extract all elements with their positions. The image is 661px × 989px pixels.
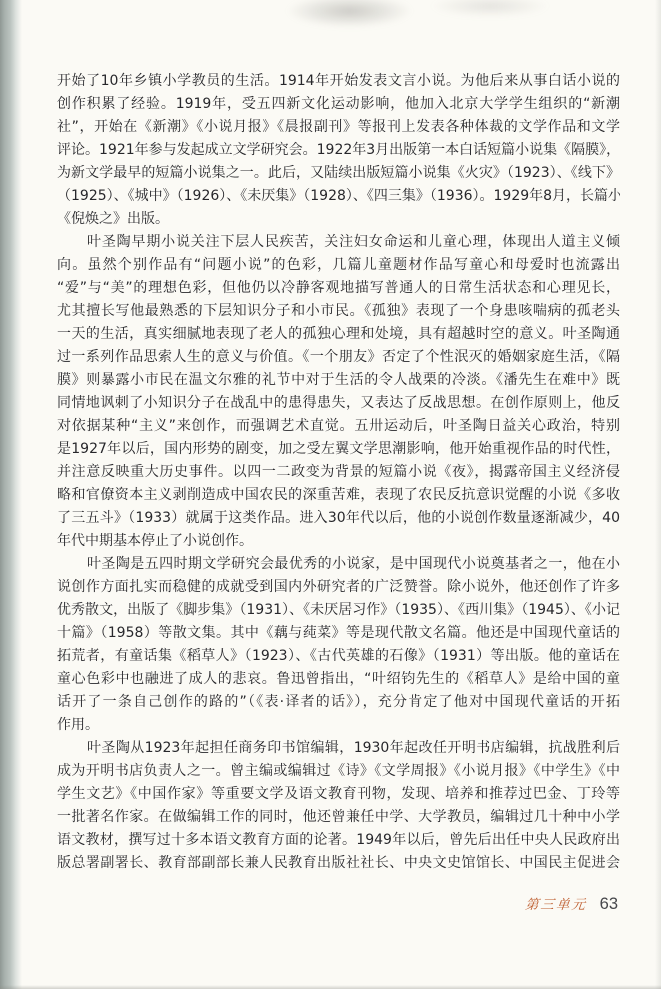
text-line: 对依据某种“主义”来创作，而强调艺术直觉。五卅运动后，叶圣陶日益关心政治，特别 [57, 415, 620, 438]
text-line: “爱”与“美”的理想色彩，但他仍以冷静客观地描写普通人的日常生活状态和心理见长， [57, 277, 620, 300]
text-line: 作用。 [57, 714, 620, 737]
text-line: 同情地讽刺了小知识分子在战乱中的患得患失，又表达了反战思想。在创作原则上，他反 [57, 392, 620, 415]
text-line: 是1927年以后，国内形势的剧变，加之受左翼文学思潮影响，他开始重视作品的时代性… [57, 438, 620, 461]
text-line: 膜》则暴露小市民在温文尔雅的礼节中对于生活的令人战栗的冷淡。《潘先生在难中》既 [57, 369, 620, 392]
unit-label: 第三单元 [523, 894, 587, 916]
para-editing-career: 叶圣陶从1923年起担任商务印书馆编辑，1930年起改任开明书店编辑，抗战胜利后… [57, 737, 620, 875]
text-line: 话开了一条自己创作的路的”（《表·译者的话》），充分肯定了他对中国现代童话的开拓 [57, 691, 620, 714]
text-line: 社”，开始在《新潮》《小说月报》《晨报副刊》等报刊上发表各种体裁的文学作品和文学 [57, 116, 620, 139]
scanned-page: { "document": { "language": "zh-CN", "bo… [0, 0, 661, 989]
scan-edge-bottom [0, 985, 661, 989]
text-line: 评论。1921年参与发起成立文学研究会。1922年3月出版第一本白话短篇小说集《… [57, 139, 620, 162]
text-line: 语文教材，撰写过十多本语文教育方面的论著。1949年以后，曾先后出任中央人民政府… [57, 829, 620, 852]
text-line: 开始了10年乡镇小学教员的生活。1914年开始发表文言小说。为他后来从事白话小说… [57, 70, 620, 93]
para-early-life-continuation: 开始了10年乡镇小学教员的生活。1914年开始发表文言小说。为他后来从事白话小说… [57, 70, 620, 231]
page-number: 63 [600, 893, 618, 915]
text-line: 学生文艺》《中国作家》等重要文学及语文教育刊物，发现、培养和推荐过巴金、丁玲等 [57, 783, 620, 806]
text-line: 向。虽然个别作品有“问题小说”的色彩，几篇儿童题材作品写童心和母爱时也流露出 [57, 254, 620, 277]
text-line: 为新文学最早的短篇小说集之一。此后，又陆续出版短篇小说集《火灾》（1923）、《… [57, 162, 620, 185]
text-line: 童心色彩中也融进了成人的悲哀。鲁迅曾指出，“叶绍钧先生的《稻草人》是给中国的童 [57, 668, 620, 691]
text-line: 略和官僚资本主义剥削造成中国农民的深重苦难，表现了农民反抗意识觉醒的小说《多收 [57, 484, 620, 507]
text-line: 十篇》（1958）等散文集。其中《藕与莼菜》等是现代散文名篇。他还是中国现代童话… [57, 622, 620, 645]
text-line: 年代中期基本停止了小说创作。 [57, 530, 620, 553]
text-line: 成为开明书店负责人之一。曾主编或编辑过《诗》《文学周报》《小说月报》《中学生》《… [57, 760, 620, 783]
page-footer: 第三单元 63 [525, 893, 618, 916]
text-block: 开始了10年乡镇小学教员的生活。1914年开始发表文言小说。为他后来从事白话小说… [57, 70, 620, 875]
text-line: 叶圣陶从1923年起担任商务印书馆编辑，1930年起改任开明书店编辑，抗战胜利后 [57, 737, 620, 760]
text-line: 尤其擅长写他最熟悉的下层知识分子和小市民。《孤独》表现了一个身患咳喘病的孤老头 [57, 300, 620, 323]
scan-edge-left [0, 0, 22, 989]
text-line: 拓荒者，有童话集《稻草人》（1923）、《古代英雄的石像》（1931）等出版。他… [57, 645, 620, 668]
scan-smudge [405, 0, 575, 22]
text-line: 叶圣陶是五四时期文学研究会最优秀的小说家，是中国现代小说奠基者之一，他在小 [57, 553, 620, 576]
scan-edge-right [655, 0, 661, 989]
text-line: 了三五斗》（1933）就属于这类作品。进入30年代以后，他的小说创作数量逐渐减少… [57, 507, 620, 530]
text-line: 创作积累了经验。1919年，受五四新文化运动影响，他加入北京大学学生组织的“新潮 [57, 93, 620, 116]
text-line: 过一系列作品思索人生的意义与价值。《一个朋友》否定了个性泯灭的婚姻家庭生活，《隔 [57, 346, 620, 369]
para-early-fiction: 叶圣陶早期小说关注下层人民疾苦，关注妇女命运和儿童心理，体现出人道主义倾向。虽然… [57, 231, 620, 553]
text-line: 版总署副署长、教育部副部长兼人民教育出版社社长、中央文史馆馆长、中国民主促进会 [57, 852, 620, 875]
text-line: 优秀散文，出版了《脚步集》（1931）、《未厌居习作》（1935）、《西川集》（… [57, 599, 620, 622]
para-essays-fairy-tales: 叶圣陶是五四时期文学研究会最优秀的小说家，是中国现代小说奠基者之一，他在小说创作… [57, 553, 620, 737]
text-line: 《倪焕之》出版。 [57, 208, 620, 231]
text-line: 一批著名作家。在做编辑工作的同时，他还曾兼任中学、大学教员，编辑过几十种中小学 [57, 806, 620, 829]
text-line: （1925）、《城中》（1926）、《未厌集》（1928）、《四三集》（1936… [57, 185, 620, 208]
text-line: 并注意反映重大历史事件。以四一二政变为背景的短篇小说《夜》，揭露帝国主义经济侵 [57, 461, 620, 484]
text-line: 一天的生活，真实细腻地表现了老人的孤独心理和处境，具有超越时空的意义。叶圣陶通 [57, 323, 620, 346]
text-line: 说创作方面扎实而稳健的成就受到国内外研究者的广泛赞誉。除小说外，他还创作了许多 [57, 576, 620, 599]
text-line: 叶圣陶早期小说关注下层人民疾苦，关注妇女命运和儿童心理，体现出人道主义倾 [57, 231, 620, 254]
